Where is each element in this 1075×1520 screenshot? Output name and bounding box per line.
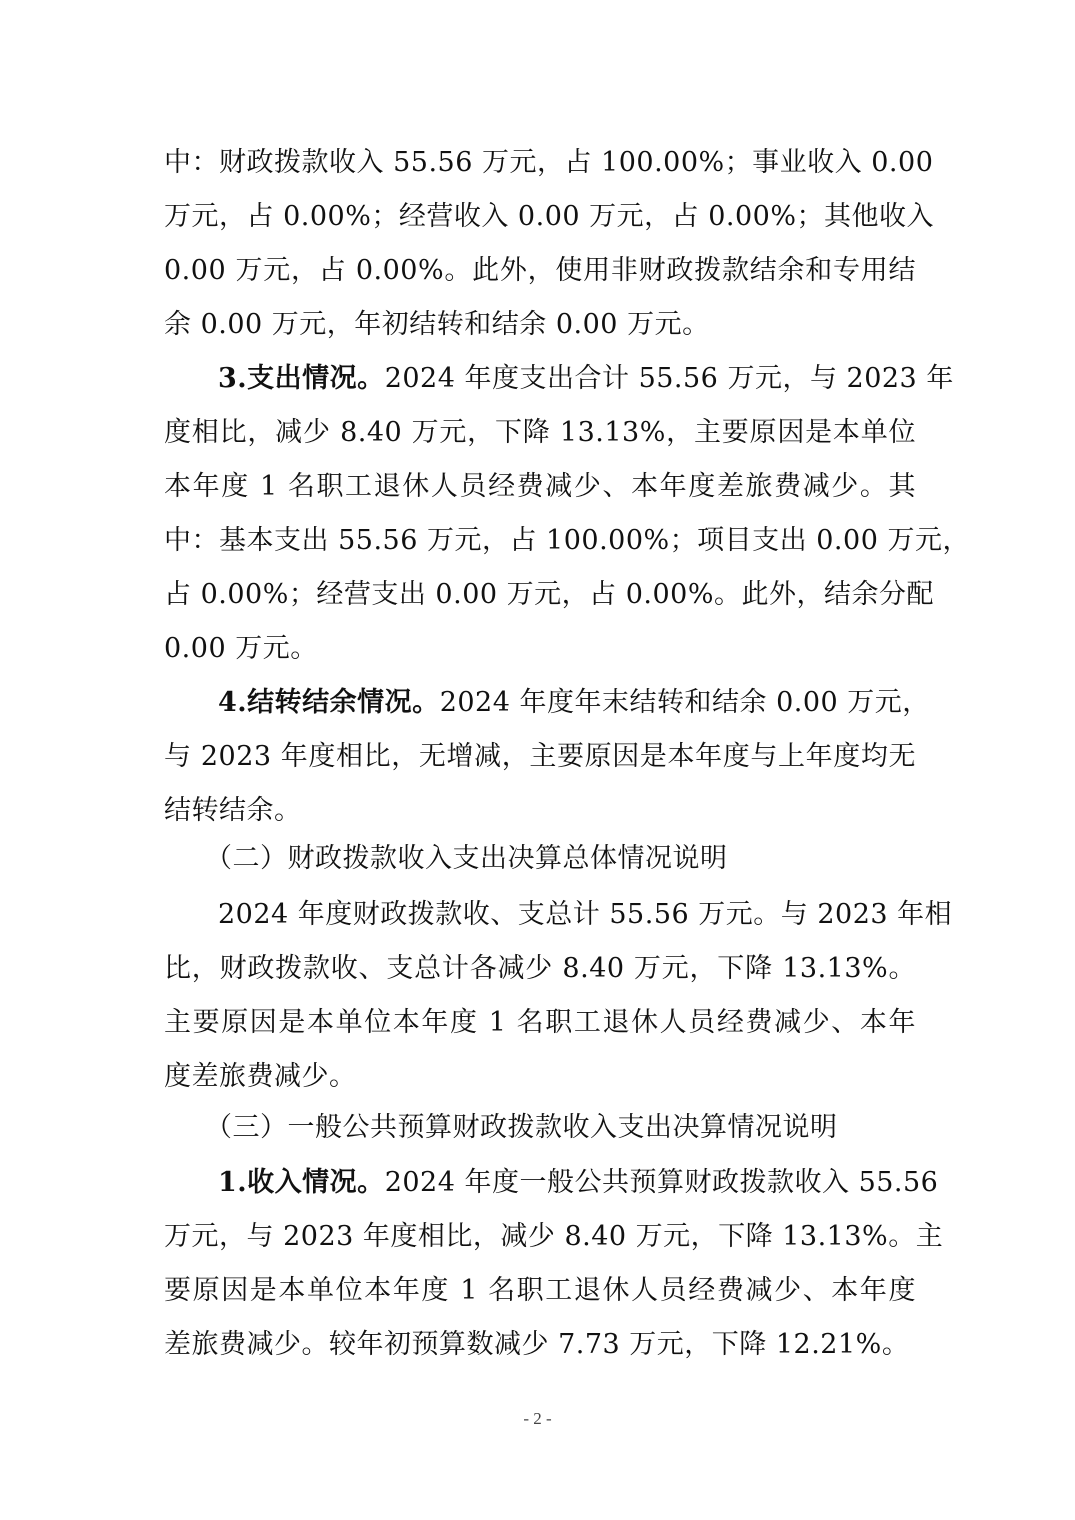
paragraph-line: 结转结余。 — [164, 784, 916, 838]
section-heading-fiscal-overview: （二）财政拨款收入支出决算总体情况说明 — [205, 832, 916, 886]
paragraph-line: 余 0.00 万元，年初结转和结余 0.00 万元。 — [164, 298, 916, 352]
paragraph-line: 主要原因是本单位本年度 1 名职工退休人员经费减少、本年 — [164, 996, 916, 1050]
paragraph-line: 万元，与 2023 年度相比，减少 8.40 万元，下降 13.13%。主 — [164, 1210, 916, 1264]
section-paragraph-income: 1.收入情况。2024 年度一般公共预算财政拨款收入 55.56 — [218, 1156, 916, 1210]
paragraph-line: 与 2023 年度相比，无增减，主要原因是本年度与上年度均无 — [164, 730, 916, 784]
paragraph-line: 占 0.00%；经营支出 0.00 万元，占 0.00%。此外，结余分配 — [164, 568, 916, 622]
paragraph-line: 差旅费减少。较年初预算数减少 7.73 万元，下降 12.21%。 — [164, 1318, 916, 1372]
section-paragraph-carryover: 4.结转结余情况。2024 年度年末结转和结余 0.00 万元， — [218, 676, 916, 730]
section-heading-general-budget: （三）一般公共预算财政拨款收入支出决算情况说明 — [205, 1101, 916, 1155]
section-heading-carryover: 4.结转结余情况。 — [218, 687, 440, 718]
paragraph-line: 要原因是本单位本年度 1 名职工退休人员经费减少、本年度 — [164, 1264, 916, 1318]
paragraph-line: 度差旅费减少。 — [164, 1050, 916, 1104]
section-heading-income: 1.收入情况。 — [218, 1167, 385, 1198]
section-heading-expenditure: 3.支出情况。 — [218, 363, 385, 394]
paragraph-text: 2024 年度支出合计 55.56 万元，与 2023 年 — [385, 363, 954, 394]
page-number: - 2 - — [0, 1409, 1075, 1429]
paragraph-line: 2024 年度财政拨款收、支总计 55.56 万元。与 2023 年相 — [218, 888, 916, 942]
paragraph-line: 0.00 万元，占 0.00%。此外，使用非财政拨款结余和专用结 — [164, 244, 916, 298]
section-paragraph-expenditure: 3.支出情况。2024 年度支出合计 55.56 万元，与 2023 年 — [218, 352, 916, 406]
paragraph-line: 0.00 万元。 — [164, 622, 916, 676]
paragraph-text: 2024 年度年末结转和结余 0.00 万元， — [440, 687, 930, 718]
document-page: 中：财政拨款收入 55.56 万元，占 100.00%；事业收入 0.00 万元… — [0, 0, 1075, 1520]
paragraph-line: 中：财政拨款收入 55.56 万元，占 100.00%；事业收入 0.00 — [164, 136, 916, 190]
paragraph-line: 比，财政拨款收、支总计各减少 8.40 万元，下降 13.13%。 — [164, 942, 916, 996]
paragraph-line: 本年度 1 名职工退休人员经费减少、本年度差旅费减少。其 — [164, 460, 916, 514]
paragraph-text: 2024 年度一般公共预算财政拨款收入 55.56 — [385, 1167, 939, 1198]
paragraph-line: 万元，占 0.00%；经营收入 0.00 万元，占 0.00%；其他收入 — [164, 190, 916, 244]
paragraph-line: 度相比，减少 8.40 万元，下降 13.13%，主要原因是本单位 — [164, 406, 916, 460]
paragraph-line: 中：基本支出 55.56 万元，占 100.00%；项目支出 0.00 万元， — [164, 514, 916, 568]
